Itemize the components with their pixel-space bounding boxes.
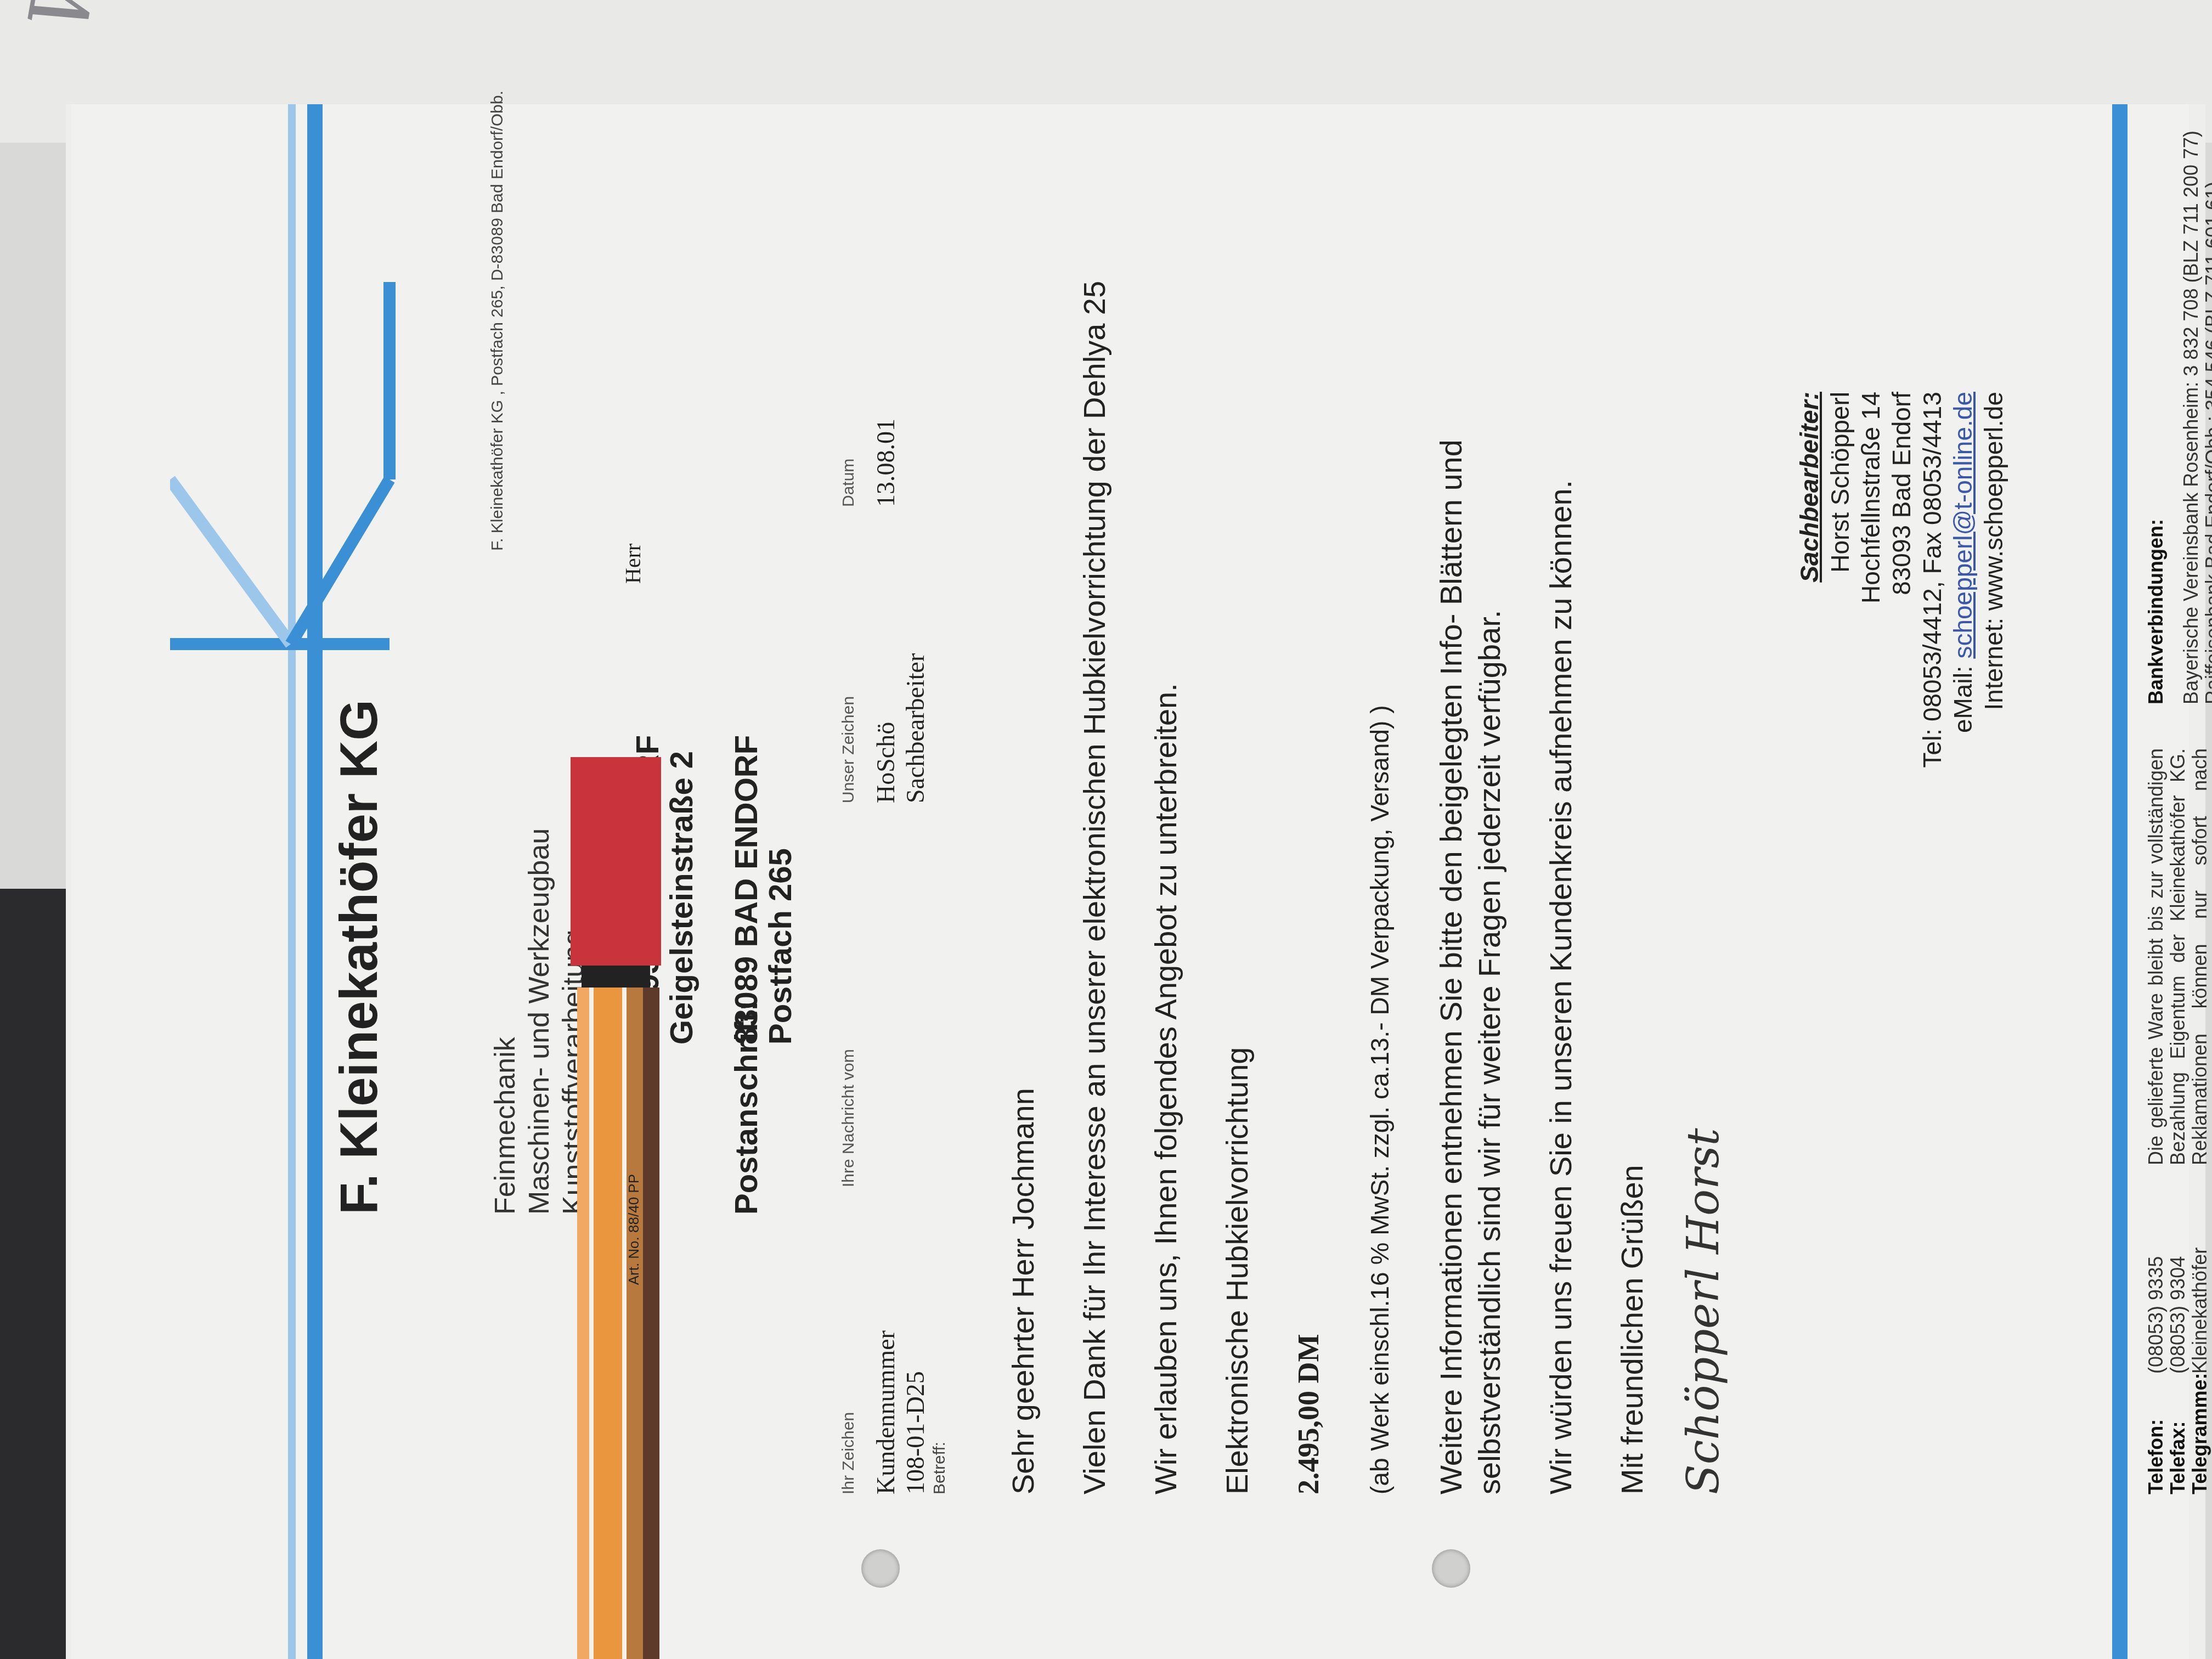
letter-page: F. Kleinekathöfer KG Feinmechanik Maschi… bbox=[71, 104, 2189, 1659]
signature: Schöpperl Horst bbox=[1684, 233, 1810, 1494]
price: 2.495,00 DM bbox=[1289, 233, 1328, 1494]
ihr-zeichen-label: Ihr Zeichen bbox=[839, 1330, 858, 1494]
company-logo-icon bbox=[170, 282, 400, 710]
unser-zeichen-value: HoSchö Sachbearbeiter bbox=[871, 653, 930, 803]
ihr-zeichen-value: Kundennummer 108-01-D25 bbox=[871, 1330, 930, 1494]
punch-hole bbox=[861, 1549, 900, 1588]
body-paragraph: Weitere Informationen entnehmen Sie bitt… bbox=[1432, 233, 1509, 1494]
terms: Die gelieferte Ware bleibt bis zur volls… bbox=[2145, 748, 2212, 1165]
product-name: Elektronische Hubkielvorrichtung bbox=[1218, 233, 1256, 1494]
datum-label: Datum bbox=[839, 419, 858, 507]
body-paragraph: Wir erlauben uns, Ihnen folgendes Angebo… bbox=[1147, 233, 1185, 1494]
sachbearbeiter-block: Sachbearbeiter: Horst Schöpperl Hochfell… bbox=[1794, 392, 2009, 820]
datum-value: 13.08.01 bbox=[871, 419, 901, 507]
footer-stripe bbox=[2112, 104, 2128, 1659]
greeting: Sehr geehrter Herr Jochmann bbox=[1004, 233, 1042, 1494]
punch-hole bbox=[1432, 1549, 1470, 1588]
pen-label: Art. No. 88/40 PP bbox=[625, 1174, 647, 1285]
betreff-label: Betreff: bbox=[930, 1330, 949, 1494]
body-paragraph: Wir würden uns freuen Sie in unseren Kun… bbox=[1542, 233, 1580, 1494]
postal-address-label: Postanschrift: bbox=[730, 1045, 798, 1215]
pen-barrel bbox=[577, 988, 659, 1659]
letter-body: Sehr geehrter Herr Jochmann Vielen Dank … bbox=[1004, 233, 1810, 1494]
closing: Mit freundlichen Grüßen bbox=[1613, 233, 1651, 1494]
unser-zeichen-label: Unser Zeichen bbox=[839, 653, 858, 803]
postal-address: 83089 BAD ENDORF Postfach 265 bbox=[730, 735, 798, 1045]
company-name: F. Kleinekathöfer KG bbox=[329, 699, 390, 1215]
email-link[interactable]: schoepperl@t-online.de bbox=[1949, 392, 1977, 659]
body-paragraph: Vielen Dank für Ihr Interesse an unserer… bbox=[1075, 233, 1114, 1494]
sender-return-address: F. Kleinekathöfer KG , Postfach 265, D-8… bbox=[488, 91, 507, 551]
pen-cap bbox=[571, 757, 661, 966]
bank-details: Bankverbindungen: Bayerische Vereinsbank… bbox=[2145, 101, 2212, 704]
website: Internet: www.schoepperl.de bbox=[1978, 392, 2009, 820]
price-note: (ab Werk einschl.16 % MwSt. zzgl. ca.13.… bbox=[1361, 233, 1399, 1494]
recipient-address: Herr bbox=[620, 544, 646, 584]
ihre-nachricht-label: Ihre Nachricht vom bbox=[839, 1049, 858, 1187]
pen: Art. No. 88/40 PP bbox=[571, 757, 661, 1659]
